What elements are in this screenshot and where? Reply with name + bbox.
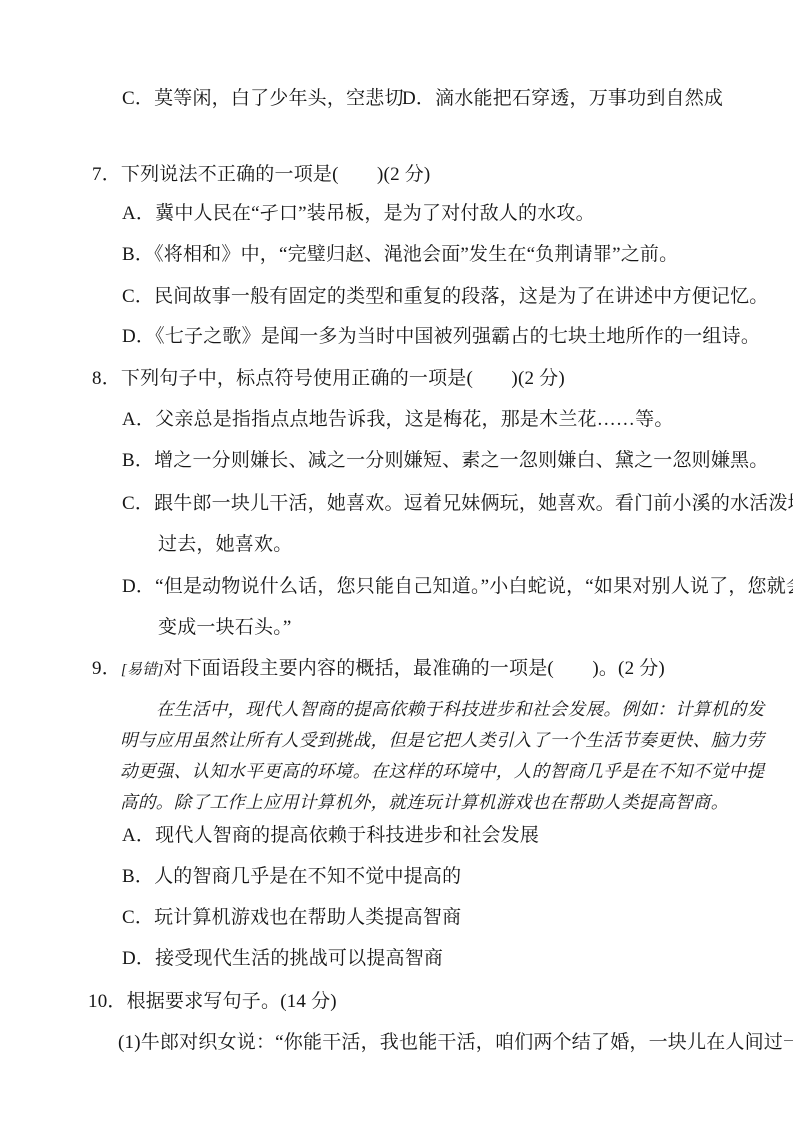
q8-option-d-line2: 变成一块石头。” bbox=[158, 617, 292, 639]
q9-option-c: C．玩计算机游戏也在帮助人类提高智商 bbox=[122, 907, 461, 929]
q8-option-c-line2: 过去，她喜欢。 bbox=[158, 534, 292, 556]
exam-paper-page: C．莫等闲，白了少年头，空悲切 D．滴水能把石穿透，万事功到自然成 7．下列说法… bbox=[0, 0, 793, 1122]
q7-option-c: C．民间故事一般有固定的类型和重复的段落，这是为了在讲述中方便记忆。 bbox=[122, 286, 768, 308]
q9-passage-line1: 在生活中，现代人智商的提高依赖于科技进步和社会发展。例如：计算机的发 bbox=[156, 698, 765, 720]
q6-option-d: D．滴水能把石穿透，万事功到自然成 bbox=[402, 88, 723, 110]
q8-stem: 8．下列句子中，标点符号使用正确的一项是( )(2 分) bbox=[92, 368, 565, 390]
q9-passage-line4: 高的。除了工作上应用计算机外，就连玩计算机游戏也在帮助人类提高智商。 bbox=[120, 791, 729, 813]
q9-passage-line3: 动更强、认知水平更高的环境。在这样的环境中，人的智商几乎是在不知不觉中提 bbox=[120, 760, 764, 782]
q8-option-c-line1: C．跟牛郎一块儿干活，她喜欢。逗着兄妹俩玩，她喜欢。看门前小溪的水活泼地流 bbox=[122, 493, 793, 515]
q9-option-d: D．接受现代生活的挑战可以提高智商 bbox=[122, 948, 443, 970]
q7-option-a: A．冀中人民在“孑口”装吊板，是为了对付敌人的水攻。 bbox=[122, 203, 595, 225]
q9-number: 9． bbox=[92, 658, 121, 679]
q9-error-prone-marker: [易错] bbox=[121, 662, 163, 678]
q9-stem: 9．[易错]对下面语段主要内容的概括，最准确的一项是( )。(2 分) bbox=[92, 658, 665, 681]
q9-option-a: A．现代人智商的提高依赖于科技进步和社会发展 bbox=[122, 825, 539, 847]
q6-option-c: C．莫等闲，白了少年头，空悲切 bbox=[122, 88, 404, 110]
q9-stem-text: 对下面语段主要内容的概括，最准确的一项是( )。(2 分) bbox=[163, 658, 665, 679]
q7-option-d: D．《七子之歌》是闻一多为当时中国被列强霸占的七块土地所作的一组诗。 bbox=[122, 326, 760, 348]
q9-option-b: B．人的智商几乎是在不知不觉中提高的 bbox=[122, 866, 461, 888]
q8-option-d-line1: D．“但是动物说什么话，您只能自己知道。”小白蛇说，“如果对别人说了，您就会 bbox=[122, 576, 793, 598]
q7-stem: 7．下列说法不正确的一项是( )(2 分) bbox=[92, 164, 430, 186]
q8-option-a: A．父亲总是指指点点地告诉我，这是梅花，那是木兰花……等。 bbox=[122, 409, 674, 431]
q7-option-b: B．《将相和》中，“完璧归赵、渑池会面”发生在“负荆请罪”之前。 bbox=[122, 244, 678, 266]
q10-subquestion-1: (1)牛郎对织女说：“你能干活，我也能干活，咱们两个结了婚，一块儿在人间过一辈 bbox=[118, 1032, 793, 1054]
q10-stem: 10．根据要求写句子。(14 分) bbox=[88, 991, 337, 1013]
q8-option-b: B．增之一分则嫌长、减之一分则嫌短、素之一忽则嫌白、黛之一忽则嫌黑。 bbox=[122, 450, 768, 472]
q9-passage-line2: 明与应用虽然让所有人受到挑战，但是它把人类引入了一个生活节奏更快、脑力劳 bbox=[120, 729, 764, 751]
